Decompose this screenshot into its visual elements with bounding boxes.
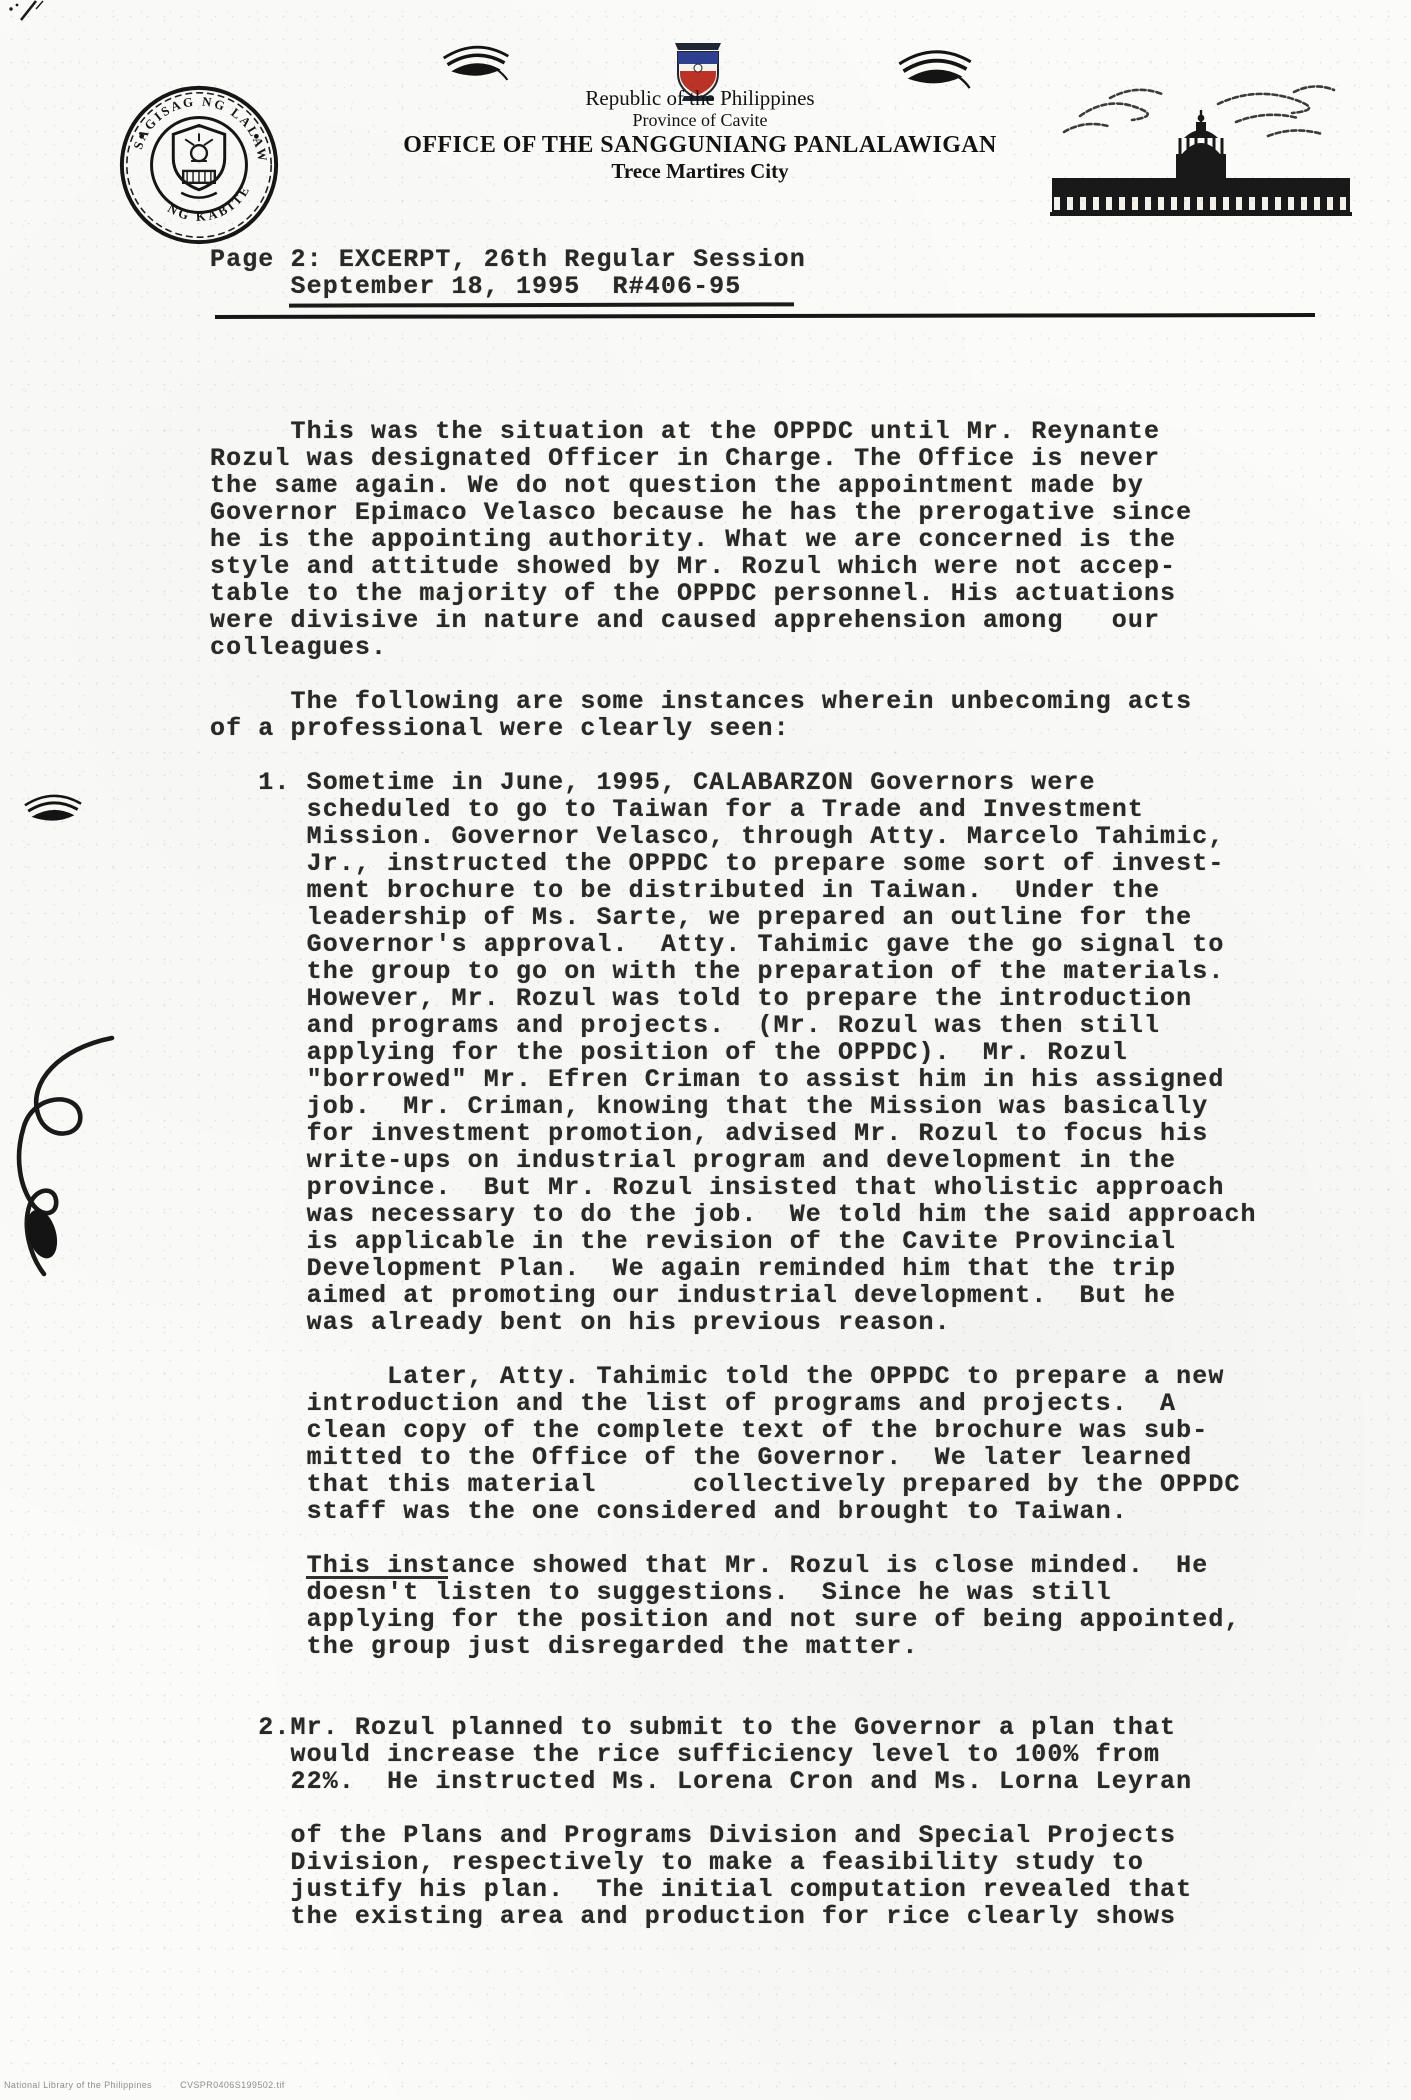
capitol-building-illustration [1050, 70, 1352, 220]
letterhead-province: Province of Cavite [300, 110, 1100, 131]
svg-text:NG KABITE: NG KABITE [165, 182, 253, 224]
page-label: Page 2: EXCERPT, 26th Regular Session Se… [210, 246, 806, 300]
footer-library-label: National Library of the Philippines [4, 2080, 152, 2090]
date-underline [289, 302, 794, 307]
pen-scribble-mark [0, 1030, 120, 1298]
this-instance-underline [306, 1576, 448, 1579]
corner-pen-mark [6, 0, 46, 22]
provincial-seal: SAGISAG NG LALAWIGAN NG KABITE [100, 76, 298, 254]
scan-smudge-top-left [438, 34, 514, 86]
header-rule [215, 313, 1315, 318]
letterhead-office: OFFICE OF THE SANGGUNIANG PANLALAWIGAN [300, 131, 1100, 159]
scan-smudge-top-right [893, 38, 977, 94]
body-text: This was the situation at the OPPDC unti… [210, 418, 1257, 1930]
letterhead-republic: Republic of the Philippines [300, 86, 1100, 110]
letterhead: Republic of the Philippines Province of … [300, 86, 1100, 183]
scan-smudge-left-margin [20, 782, 86, 832]
document-page: SAGISAG NG LALAWIGAN NG KABITE Republic … [0, 0, 1411, 2100]
scan-footer: National Library of the Philippines CVSP… [4, 2080, 285, 2090]
seal-ring-text-bottom: NG KABITE [165, 182, 253, 224]
letterhead-city: Trece Martires City [300, 159, 1100, 183]
footer-filename: CVSPR0406S199502.tif [180, 2080, 285, 2090]
